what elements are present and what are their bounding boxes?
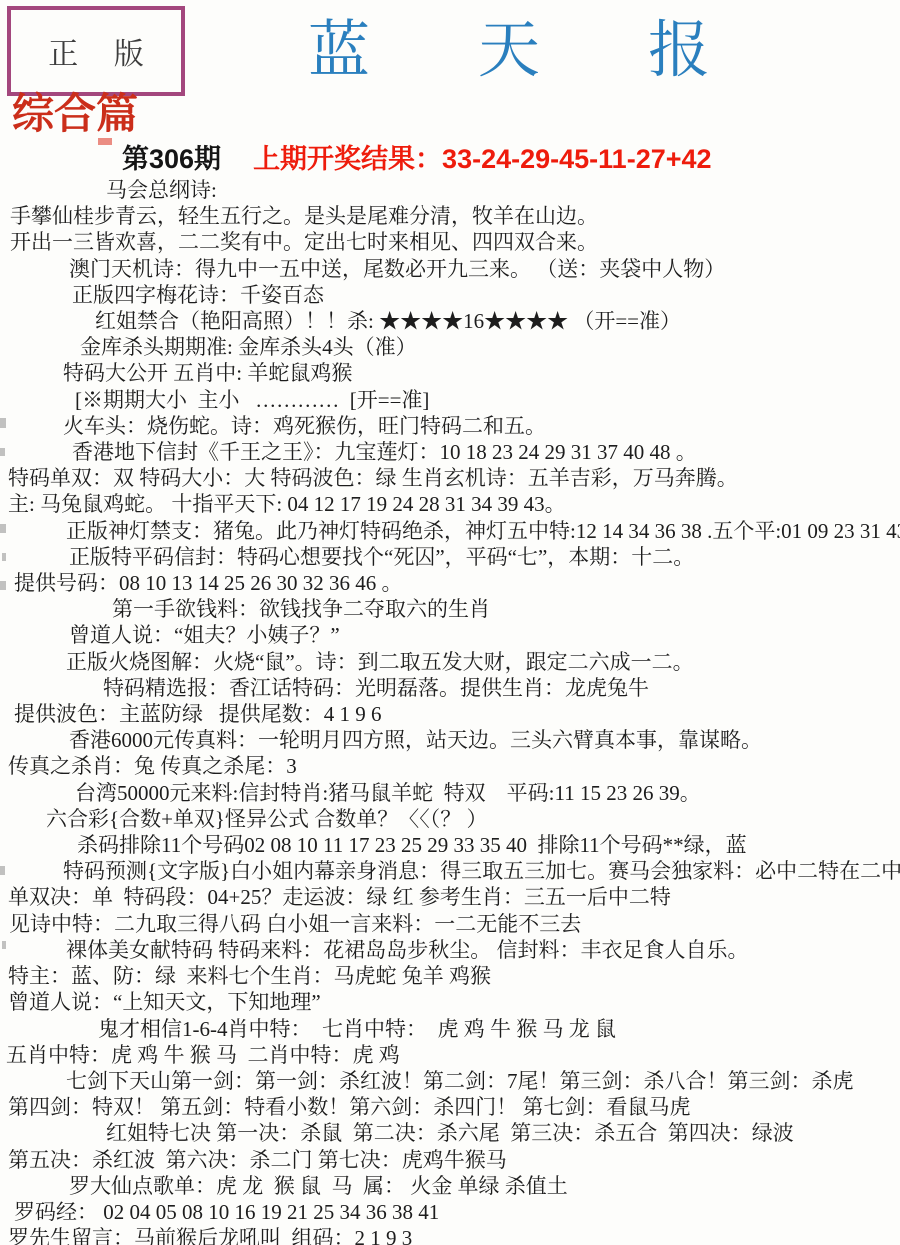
text-line: 六合彩{合数+单双}怪异公式 合数单？〈〈（？ ） [0, 806, 900, 832]
scan-artifact [0, 418, 6, 428]
text-line: 裸体美女献特码 特码来料：花裙岛岛步秋尘。 信封料：丰衣足食人自乐。 [0, 937, 900, 963]
text-line: 手攀仙桂步青云，轻生五行之。是头是尾难分清，牧羊在山边。 [0, 203, 900, 229]
text-line: 见诗中特：二九取三得八码 白小姐一言来料：一二无能不三去 [0, 911, 900, 937]
text-line: 罗大仙点歌单：虎 龙 猴 鼠 马 属： 火金 单绿 杀值土 [0, 1173, 900, 1199]
text-line: 开出一三皆欢喜，二二奖有中。定出七时来相见、四四双合来。 [0, 229, 900, 255]
text-line: 曾道人说：“上知天文，下知地理” [0, 989, 900, 1015]
text-line: 罗先生留言：马前猴后龙吼叫 组码：2 1 9 3 [0, 1225, 900, 1245]
text-line: [※期期大小 主小 ………… [开==准] [0, 387, 900, 413]
text-line: 罗码经： 02 04 05 08 10 16 19 21 25 34 36 38… [0, 1199, 900, 1225]
text-line: 鬼才相信1-6-4肖中特： 七肖中特： 虎 鸡 牛 猴 马 龙 鼠 [0, 1016, 900, 1042]
text-line: 火车头：烧伤蛇。诗：鸡死猴伤，旺门特码二和五。 [0, 413, 900, 439]
newspaper-page: 正 版 蓝天报 综合篇 第306期 上期开奖结果：33-24-29-45-11-… [0, 0, 900, 1245]
text-line: 正版四字梅花诗：千姿百态 [0, 282, 900, 308]
text-line: 提供波色：主蓝防绿 提供尾数：4 1 9 6 [0, 701, 900, 727]
text-line: 台湾50000元来料:信封特肖:猪马鼠羊蛇 特双 平码:11 15 23 26 … [0, 780, 900, 806]
text-line: 正版神灯禁支：猪兔。此乃神灯特码绝杀，神灯五中特:12 14 34 36 38 … [0, 518, 900, 544]
scan-artifact [0, 581, 6, 590]
text-line: 马会总纲诗: [0, 177, 900, 203]
text-line: 传真之杀肖：兔 传真之杀尾：3 [0, 753, 900, 779]
text-line: 特主：蓝、防：绿 来料七个生肖：马虎蛇 兔羊 鸡猴 [0, 963, 900, 989]
text-line: 特码精选报：香江话特码：光明磊落。提供生肖：龙虎兔牛 [0, 675, 900, 701]
text-line: 香港6000元传真料：一轮明月四方照，站天边。三头六臂真本事，靠谋略。 [0, 727, 900, 753]
text-line: 正版特平码信封：特码心想要找个“死囚”，平码“七”，本期：十二。 [0, 544, 900, 570]
section-title: 综合篇 [12, 92, 138, 138]
text-line: 正版火烧图解：火烧“鼠”。诗：到二取五发大财，跟定二六成一二。 [0, 649, 900, 675]
text-line: 第四剑：特双！ 第五剑：特看小数！第六剑：杀四门！ 第七剑：看鼠马虎 [0, 1094, 900, 1120]
issue-row: 第306期 上期开奖结果：33-24-29-45-11-27+42 [122, 137, 712, 176]
text-line: 红姐特七决 第一决：杀鼠 第二决：杀六尾 第三决：杀五合 第四决：绿波 [0, 1120, 900, 1146]
text-line: 第一手欲钱料：欲钱找争二夺取六的生肖 [0, 596, 900, 622]
issue-number: 第306期 [122, 137, 221, 176]
text-line: 提供号码：08 10 13 14 25 26 30 32 36 46 。 [0, 570, 900, 596]
text-line: 特码单双：双 特码大小：大 特码波色：绿 生肖玄机诗：五羊吉彩，万马奔腾。 [0, 465, 900, 491]
scan-artifact [0, 448, 5, 456]
scan-artifact [2, 941, 6, 949]
paper-title: 蓝天报 [308, 14, 818, 88]
scan-artifact [0, 866, 5, 875]
text-line: 澳门天机诗：得九中一五中送，尾数必开九三来。 （送：夹袋中人物） [0, 256, 900, 282]
scan-artifact [2, 553, 6, 561]
text-line: 单双决：单 特码段：04+25？走运波：绿 红 参考生肖：三五一后中二特 [0, 884, 900, 910]
text-line: 杀码排除11个号码02 08 10 11 17 23 25 29 33 35 4… [0, 832, 900, 858]
text-line: 曾道人说：“姐夫？小姨子？” [0, 622, 900, 648]
text-line: 七剑下天山第一剑：第一剑：杀红波！第二剑：7尾！第三剑：杀八合！第三剑：杀虎 [0, 1068, 900, 1094]
last-draw-result: 上期开奖结果：33-24-29-45-11-27+42 [253, 137, 711, 176]
body-text-block: 马会总纲诗: 手攀仙桂步青云，轻生五行之。是头是尾难分清，牧羊在山边。 开出一三… [0, 177, 900, 1245]
text-line: 主: 马兔鼠鸡蛇。 十指平天下: 04 12 17 19 24 28 31 34… [0, 491, 900, 517]
text-line: 金库杀头期期准: 金库杀头4头（准） [0, 334, 900, 360]
scan-artifact [98, 138, 112, 145]
edition-badge-label: 正 版 [34, 29, 158, 73]
text-line: 香港地下信封《千王之王》：九宝莲灯：10 18 23 24 29 31 37 4… [0, 439, 900, 465]
edition-badge-box: 正 版 [7, 6, 185, 96]
text-line: 第五决：杀红波 第六决：杀二门 第七决：虎鸡牛猴马 [0, 1147, 900, 1173]
text-line: 五肖中特：虎 鸡 牛 猴 马 二肖中特：虎 鸡 [0, 1042, 900, 1068]
text-line: 红姐禁合（艳阳高照）！！杀: ★★★★16★★★★ （开==准） [0, 308, 900, 334]
text-line: 特码大公开 五肖中: 羊蛇鼠鸡猴 [0, 360, 900, 386]
text-line: 特码预测{文字版}白小姐内幕亲身消息：得三取五三加七。赛马会独家料：必中二特在二… [0, 858, 900, 884]
scan-artifact [0, 524, 6, 533]
